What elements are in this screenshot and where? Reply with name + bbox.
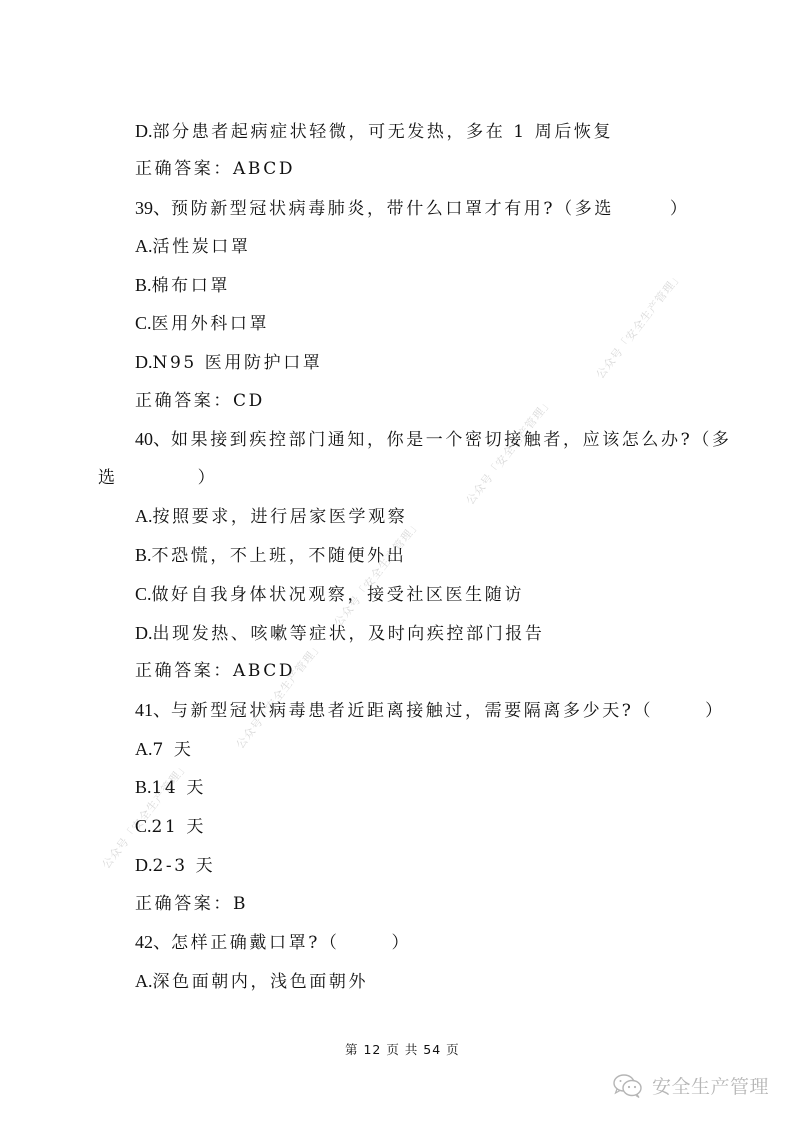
option-text: 部分患者起病症状轻微，可无发热，多在 1 周后恢复 xyxy=(153,122,614,142)
option-label: A. xyxy=(135,739,153,759)
answer-text: 正确答案：CD xyxy=(135,391,265,411)
option-label: B. xyxy=(135,545,152,565)
answer-line: 正确答案：B xyxy=(135,893,248,915)
question-40: 40、如果接到疾控部门通知，你是一个密切接触者，应该怎么办?（多 xyxy=(135,428,732,450)
question-text: 预防新型冠状病毒肺炎，带什么口罩才有用?（多选 xyxy=(171,199,614,219)
option-line: D.部分患者起病症状轻微，可无发热，多在 1 周后恢复 xyxy=(135,120,613,142)
option-text: 棉布口罩 xyxy=(152,276,230,296)
page-number: 第 12 页 共 54 页 xyxy=(345,1040,460,1058)
question-text: 如果接到疾控部门通知，你是一个密切接触者，应该怎么办?（多 xyxy=(171,430,732,450)
question-text: 与新型冠状病毒患者近距离接触过，需要隔离多少天?（ xyxy=(171,701,653,721)
question-number: 41、 xyxy=(135,700,171,720)
answer-text: 正确答案：B xyxy=(135,894,248,914)
option-text: 14 天 xyxy=(152,778,206,798)
option-text: 医用外科口罩 xyxy=(152,314,270,334)
answer-blank-close: ） xyxy=(392,933,412,953)
watermark: 公众号「安全生产管理」 xyxy=(232,638,326,752)
option-text: N95 医用防护口罩 xyxy=(153,353,323,373)
option-line: A.深色面朝内，浅色面朝外 xyxy=(135,970,368,992)
answer-line: 正确答案：ABCD xyxy=(135,660,295,682)
brand-name: 安全生产管理 xyxy=(652,1072,769,1099)
answer-blank-close: ） xyxy=(198,468,218,488)
answer-blank-close: ） xyxy=(705,701,725,721)
option-line: D.出现发热、咳嗽等症状，及时向疾控部门报告 xyxy=(135,622,545,644)
answer-text: 正确答案：ABCD xyxy=(135,661,295,681)
option-line: A.7 天 xyxy=(135,738,194,760)
option-label: B. xyxy=(135,275,152,295)
option-line: A.活性炭口罩 xyxy=(135,235,251,257)
question-42: 42、怎样正确戴口罩?（） xyxy=(135,931,411,953)
question-number: 40、 xyxy=(135,429,171,449)
option-label: D. xyxy=(135,855,153,875)
option-label: D. xyxy=(135,352,153,372)
option-label: C. xyxy=(135,584,152,604)
question-number: 39、 xyxy=(135,198,171,218)
option-line: C.医用外科口罩 xyxy=(135,312,269,334)
option-line: C.做好自我身体状况观察，接受社区医生随访 xyxy=(135,583,524,605)
option-label: C. xyxy=(135,816,152,836)
option-label: D. xyxy=(135,623,153,643)
option-text: 做好自我身体状况观察，接受社区医生随访 xyxy=(152,585,524,605)
question-40-wrap: 选） xyxy=(98,467,217,489)
watermark: 公众号「安全生产管理」 xyxy=(592,268,686,382)
watermark: 公众号「安全生产管理」 xyxy=(462,394,556,508)
question-text: 怎样正确戴口罩?（ xyxy=(171,933,340,953)
option-line: C.21 天 xyxy=(135,815,206,837)
option-text: 2-3 天 xyxy=(153,856,216,876)
option-line: D.2-3 天 xyxy=(135,854,215,876)
answer-line: 正确答案：CD xyxy=(135,390,265,412)
option-text: 7 天 xyxy=(153,740,194,760)
option-text: 深色面朝内，浅色面朝外 xyxy=(153,972,369,992)
option-text: 不恐慌，不上班，不随便外出 xyxy=(152,546,407,566)
option-label: D. xyxy=(135,121,153,141)
option-line: B.棉布口罩 xyxy=(135,274,230,296)
option-label: A. xyxy=(135,236,153,256)
watermark: 公众号「安全生产管理」 xyxy=(330,516,424,630)
answer-blank-close: ） xyxy=(670,199,690,219)
option-line: A.按照要求，进行居家医学观察 xyxy=(135,505,407,527)
option-text: 按照要求，进行居家医学观察 xyxy=(153,507,408,527)
answer-text: 正确答案：ABCD xyxy=(135,159,295,179)
question-number: 42、 xyxy=(135,932,171,952)
wechat-brand-watermark: 安全生产管理 xyxy=(612,1072,769,1099)
option-text: 活性炭口罩 xyxy=(153,237,251,257)
question-text: 选 xyxy=(98,468,118,488)
option-line: B.不恐慌，不上班，不随便外出 xyxy=(135,544,406,566)
option-text: 21 天 xyxy=(152,817,206,837)
option-text: 出现发热、咳嗽等症状，及时向疾控部门报告 xyxy=(153,624,545,644)
document-page: 公众号「安全生产管理」 公众号「安全生产管理」 公众号「安全生产管理」 公众号「… xyxy=(0,0,793,1122)
option-line: B.14 天 xyxy=(135,776,206,798)
option-line: D.N95 医用防护口罩 xyxy=(135,351,322,373)
question-41: 41、与新型冠状病毒患者近距离接触过，需要隔离多少天?（） xyxy=(135,699,725,721)
wechat-icon xyxy=(612,1073,644,1099)
option-label: A. xyxy=(135,971,153,991)
question-39: 39、预防新型冠状病毒肺炎，带什么口罩才有用?（多选） xyxy=(135,197,690,219)
option-label: C. xyxy=(135,313,152,333)
option-label: A. xyxy=(135,506,153,526)
answer-line: 正确答案：ABCD xyxy=(135,158,295,180)
option-label: B. xyxy=(135,777,152,797)
